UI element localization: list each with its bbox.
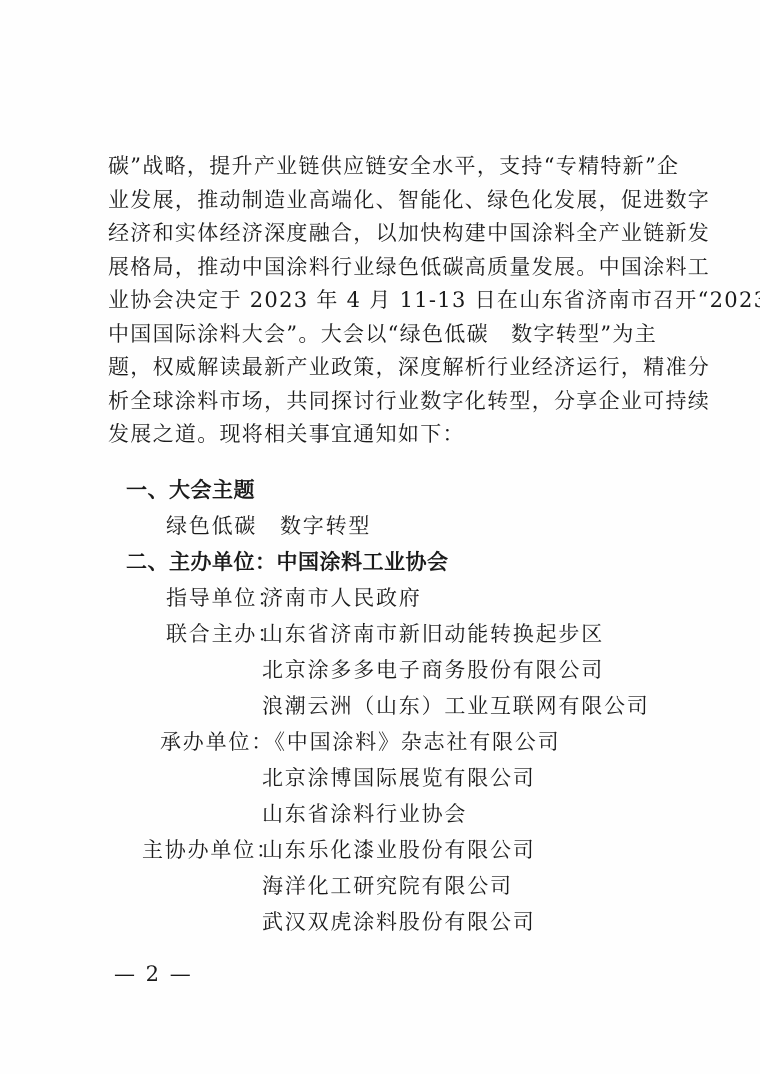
theme-content: 绿色低碳 数字转型 bbox=[166, 510, 371, 540]
paragraph-line: 题，权威解读最新产业政策，深度解析行业经济运行，精准分 bbox=[108, 351, 656, 385]
undertaker-value: 《中国涂料》杂志社有限公司 bbox=[264, 726, 560, 756]
paragraph-line: 碳”战略，提升产业链供应链安全水平，支持“专精特新”企 bbox=[108, 150, 656, 184]
undertaker-label: 承办单位： bbox=[160, 726, 274, 756]
paragraph-line: 析全球涂料市场，共同探讨行业数字化转型，分享企业可持续 bbox=[108, 385, 656, 419]
co-organizer-value: 武汉双虎涂料股份有限公司 bbox=[262, 906, 536, 936]
co-host-value: 浪潮云洲（山东）工业互联网有限公司 bbox=[262, 690, 650, 720]
co-host-value: 山东省济南市新旧动能转换起步区 bbox=[262, 618, 604, 648]
guiding-unit-value: 济南市人民政府 bbox=[262, 582, 422, 612]
intro-paragraph: 碳”战略，提升产业链供应链安全水平，支持“专精特新”企 业发展，推动制造业高端化… bbox=[108, 150, 656, 452]
paragraph-line: 经济和实体经济深度融合，以加快构建中国涂料全产业链新发 bbox=[108, 217, 656, 251]
paragraph-line: 中国国际涂料大会”。大会以“绿色低碳 数字转型”为主 bbox=[108, 318, 656, 352]
page-number: — 2 — bbox=[114, 962, 193, 986]
co-organizer-value: 海洋化工研究院有限公司 bbox=[262, 870, 513, 900]
paragraph-line: 发展之道。现将相关事宜通知如下： bbox=[108, 418, 656, 452]
co-host-value: 北京涂多多电子商务股份有限公司 bbox=[262, 654, 604, 684]
co-organizer-value: 山东乐化漆业股份有限公司 bbox=[262, 834, 536, 864]
undertaker-value: 山东省涂料行业协会 bbox=[262, 798, 467, 828]
document-page: 碳”战略，提升产业链供应链安全水平，支持“专精特新”企 业发展，推动制造业高端化… bbox=[0, 0, 760, 1074]
paragraph-line: 业协会决定于 2023 年 4 月 11-13 日在山东省济南市召开“2023 bbox=[108, 284, 656, 318]
co-organizer-label: 主协办单位： bbox=[142, 834, 279, 864]
paragraph-line: 展格局，推动中国涂料行业绿色低碳高质量发展。中国涂料工 bbox=[108, 251, 656, 285]
undertaker-value: 北京涂博国际展览有限公司 bbox=[262, 762, 536, 792]
section-heading-theme: 一、大会主题 bbox=[126, 474, 255, 504]
paragraph-line: 业发展，推动制造业高端化、智能化、绿色化发展，促进数字 bbox=[108, 184, 656, 218]
section-heading-organizer: 二、主办单位：中国涂料工业协会 bbox=[126, 546, 449, 576]
